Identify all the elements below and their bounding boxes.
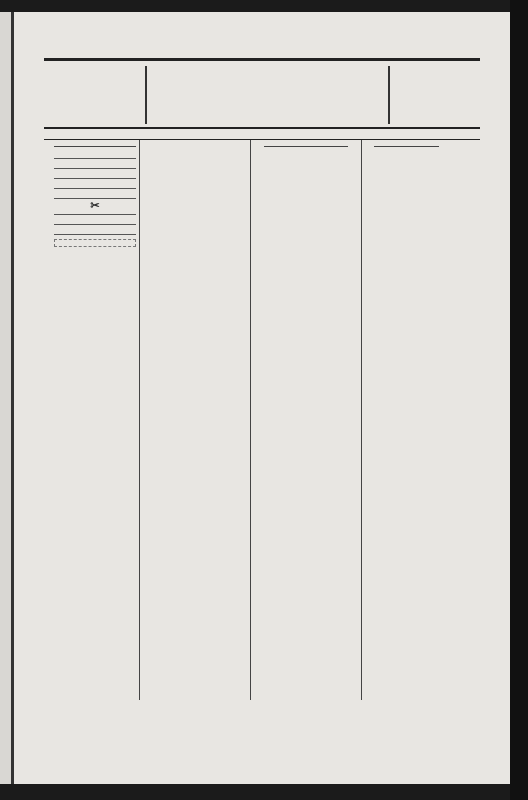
ad-armijo xyxy=(54,149,136,159)
dateline-rule xyxy=(44,139,480,140)
column-rule xyxy=(139,140,140,700)
adjacent-page-edge xyxy=(0,12,14,784)
separator xyxy=(374,146,439,147)
ad-cowan xyxy=(54,169,136,179)
column-rule xyxy=(361,140,362,700)
column-rule xyxy=(250,140,251,700)
scissors-icon: ✂ xyxy=(90,199,99,212)
ad-islas xyxy=(54,159,136,169)
ad-herreria xyxy=(54,215,136,225)
separator xyxy=(264,146,348,147)
scan-border xyxy=(510,0,528,800)
column-corrupcion xyxy=(143,142,247,144)
column-ads: ✂ xyxy=(54,142,136,247)
column-beliz xyxy=(364,142,449,151)
ad-pino xyxy=(54,179,136,189)
masthead-top-rule xyxy=(44,58,480,61)
masthead-left-box xyxy=(46,64,144,66)
column-porvenir xyxy=(254,142,358,151)
masthead-divider xyxy=(145,66,147,124)
masthead-bottom-rule xyxy=(44,127,480,129)
ad-atencion: ✂ xyxy=(54,199,136,215)
ad-fountain xyxy=(54,189,136,199)
masthead-divider xyxy=(388,66,390,124)
ad-exchange-saloon xyxy=(54,239,136,247)
ads-heading xyxy=(54,144,136,147)
ad-fung-tam xyxy=(54,225,136,235)
